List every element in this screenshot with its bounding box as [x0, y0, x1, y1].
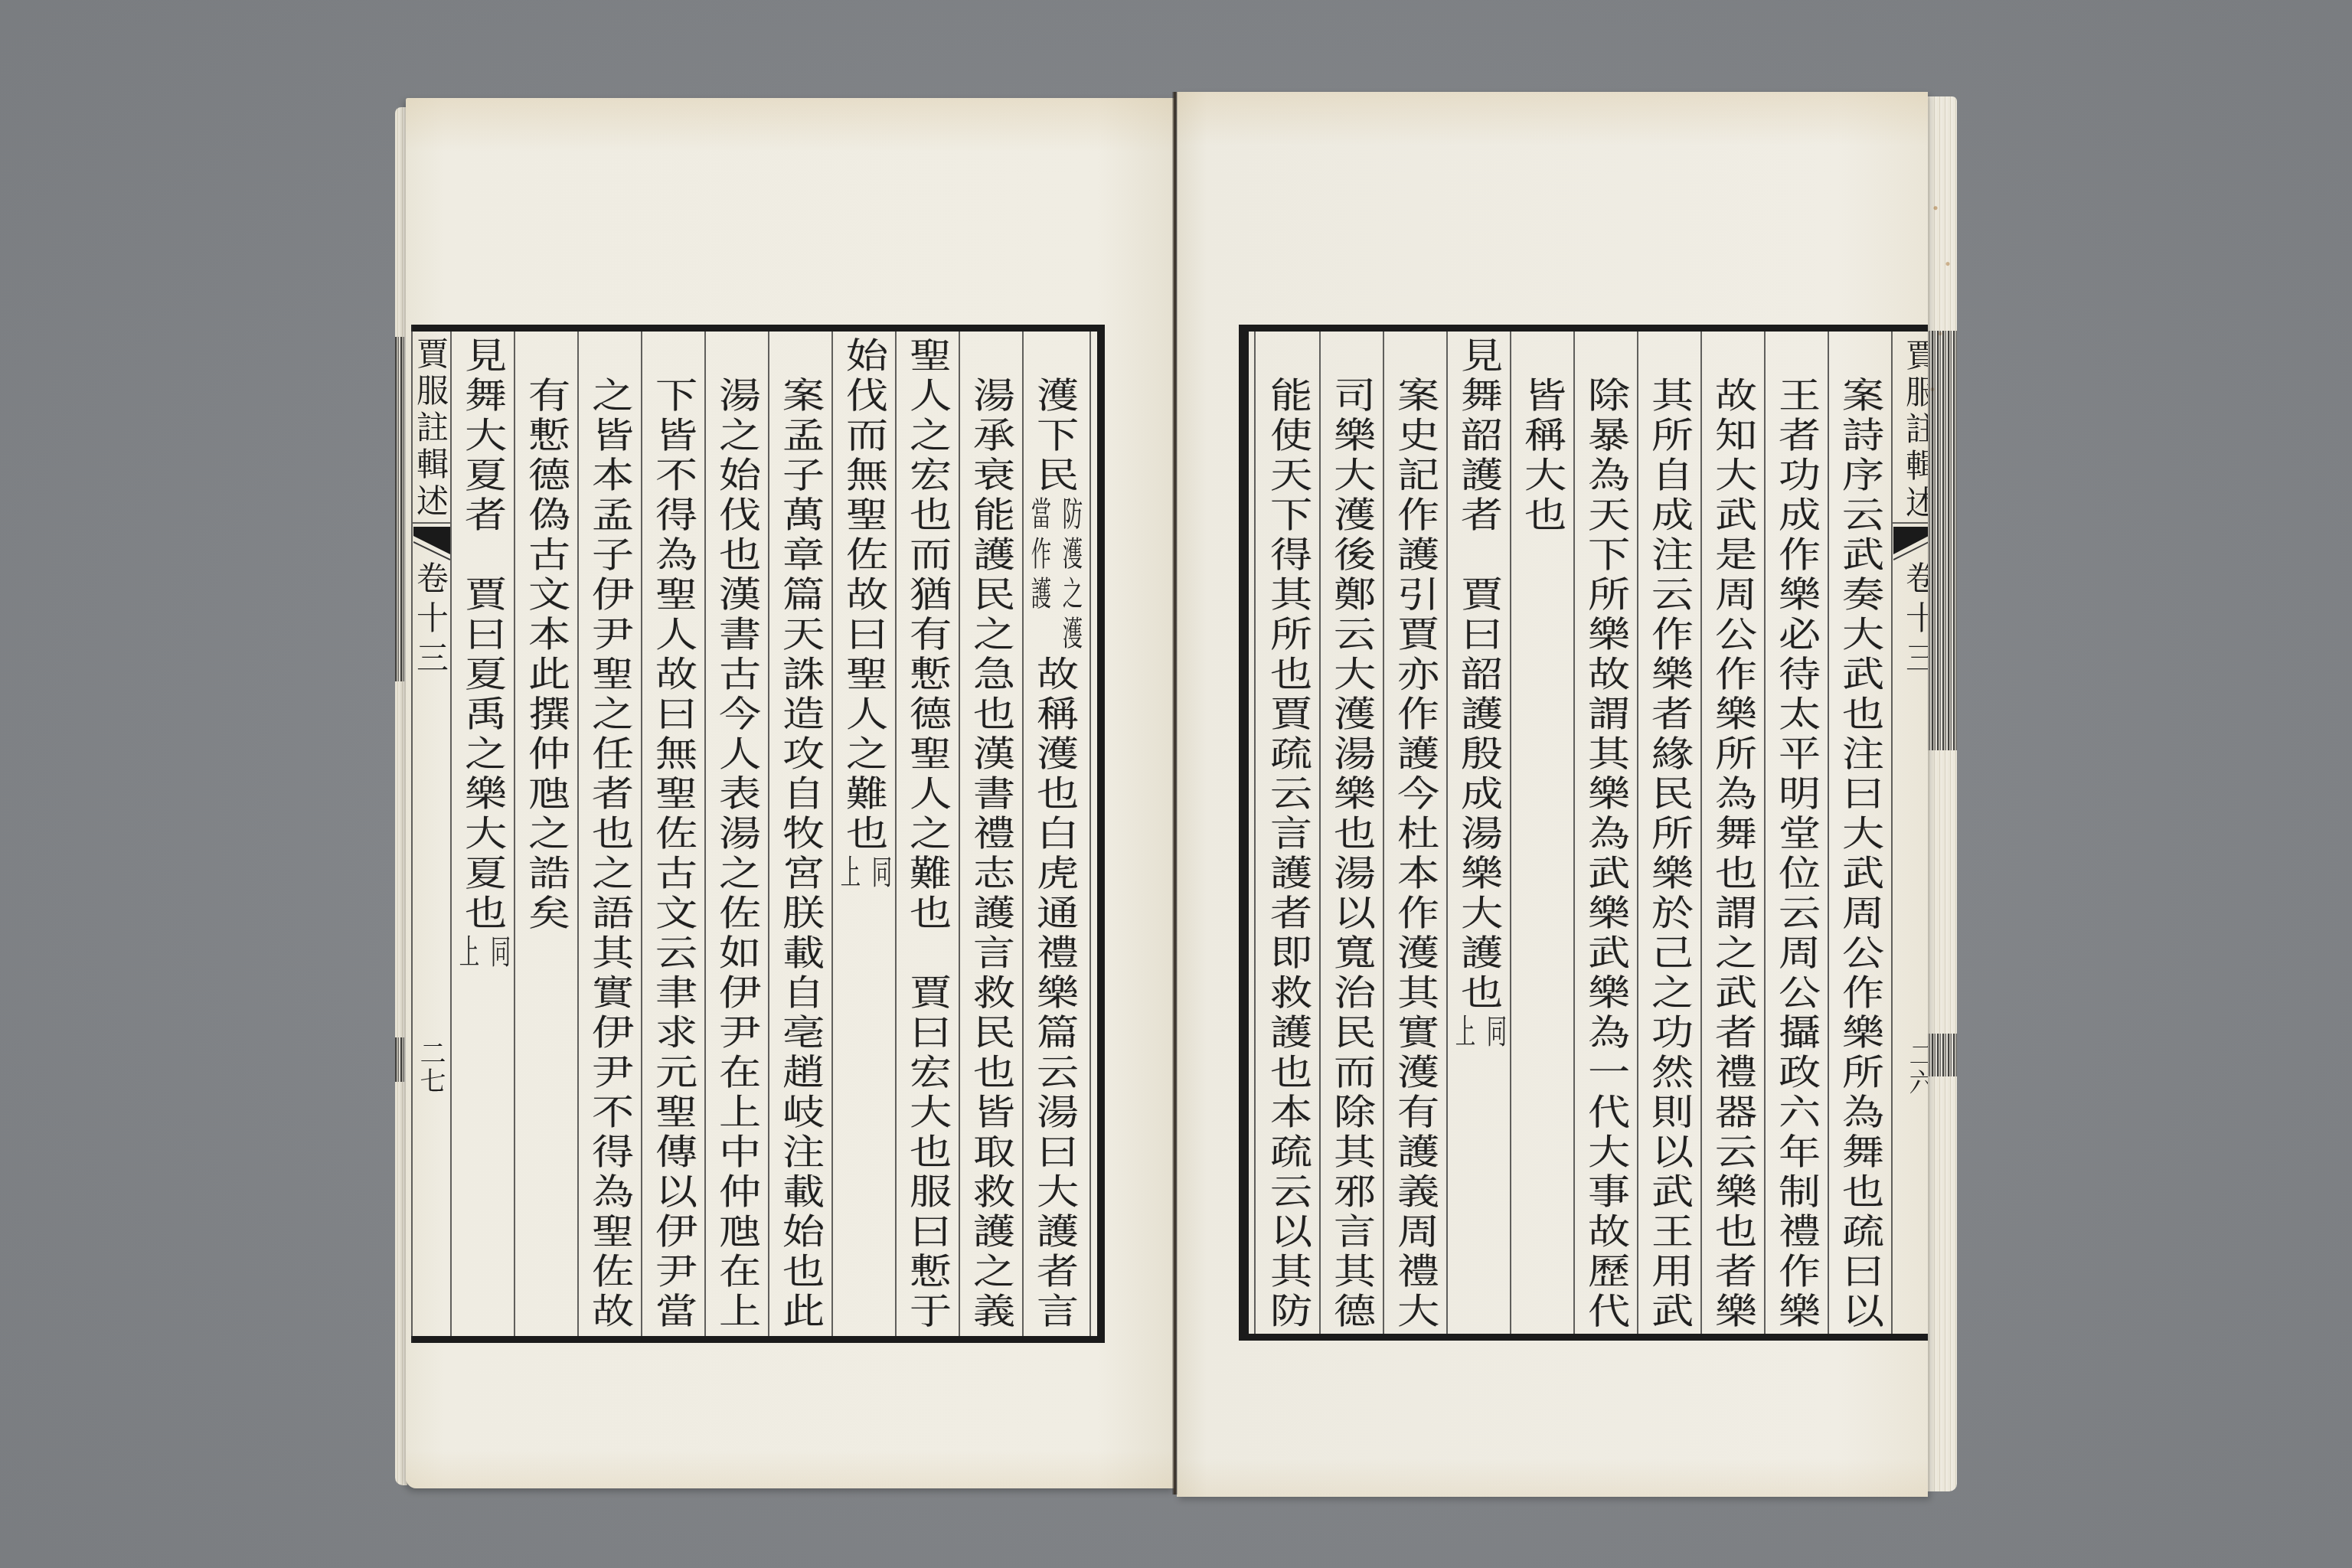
text-column: 其所自成注云作樂者緣民所樂於己之功然則以武王用武 — [1638, 337, 1701, 1340]
note-line: 上 — [839, 854, 857, 894]
note-line: 同 — [489, 934, 508, 974]
printed-banner-edge-marks — [1926, 331, 1957, 750]
text-column: 王者功成作樂必待太平明堂位云周公攝政六年制禮作樂 — [1765, 337, 1828, 1340]
text-column: 案詩序云武奏大武也注曰大武周公作樂所為舞也疏曰以 — [1828, 337, 1892, 1340]
text-column: 案史記作護引賈亦作護今杜本作濩其實濩有護義周禮大 — [1383, 337, 1447, 1340]
left-page: 賈服註輯述 卷十三 二七 濩下民 防濩之濩 當作護 故稱濩也白虎通禮樂篇云湯曰大… — [406, 98, 1174, 1488]
text-column: 見舞大夏者 賈曰夏禹之樂大夏也 同 上 — [451, 337, 514, 1340]
text-column: 皆稱大也 — [1511, 337, 1574, 1340]
text-column: 下皆不得為聖人故曰無聖佐古文云聿求元聖傳以伊尹當 — [642, 337, 705, 1340]
text-column: 有慙德偽古文本此撰仲虺之誥矣 — [514, 337, 578, 1340]
main-text: 能使天下得其所也賈疏云言護者即救護也本疏云以其防 — [1250, 377, 1327, 1332]
volume-label: 卷十三 — [1900, 561, 1928, 681]
frame-left-thick-border — [1239, 325, 1249, 1341]
paper-aging-tint — [1177, 92, 1928, 145]
printed-banner-edge-marks — [1926, 1034, 1957, 1076]
main-text: 賈曰宏大也服曰慙于 — [890, 974, 966, 1332]
paper-aging-tint — [406, 1450, 1174, 1488]
text-column: 見舞韶護者 賈曰韶護殷成湯樂大護也 同 上 — [1447, 337, 1511, 1340]
frame-right-thick-border — [1097, 325, 1105, 1343]
text-column: 案孟子萬章篇天誅造攻自牧宮朕載自亳趙岐注載始也此 — [769, 337, 832, 1340]
interlinear-note: 同 上 — [1447, 1014, 1511, 1053]
text-column: 除暴為天下所樂故謂其樂為武樂武樂為一代大事故歷代 — [1574, 337, 1638, 1340]
text-column: 聖人之宏也而猶有慙德聖人之難也 賈曰宏大也服曰慙于 — [896, 337, 959, 1340]
text-column: 故知大武是周公作樂所為舞也謂之武者禮器云樂也者樂 — [1701, 337, 1765, 1340]
text-column: 湯之始伐也漢書古今人表湯之佐如伊尹在上中仲虺在上 — [705, 337, 769, 1340]
interlinear-note: 同 上 — [832, 854, 896, 894]
text-column: 司樂大濩後鄭云大濩湯樂也湯以寬治民而除其邪言其德 — [1320, 337, 1383, 1340]
right-page: 賈服註輯述 卷十三 二六 案詩序云武奏大武也注曰大武周公作樂所為舞也疏曰以 王者… — [1177, 92, 1928, 1497]
note-line: 同 — [1485, 1014, 1504, 1053]
frame-top-border — [411, 325, 1105, 332]
paper-aging-tint — [1177, 1459, 1928, 1497]
note-line: 同 — [871, 854, 889, 894]
fishtail-mark-icon — [1893, 527, 1928, 560]
interlinear-note: 防濩之濩 當作護 — [1023, 496, 1086, 655]
note-line: 當作護 — [1030, 496, 1048, 616]
text-column: 之皆本孟子伊尹聖之任者也之語其實伊尹不得為聖佐故 — [578, 337, 642, 1340]
page-number: 二六 — [1900, 1041, 1928, 1096]
text-column: 能使天下得其所也賈疏云言護者即救護也本疏云以其防 — [1256, 337, 1320, 1340]
text-column: 濩下民 防濩之濩 當作護 故稱濩也白虎通禮樂篇云湯曰大護者言 — [1023, 337, 1086, 1340]
note-line: 上 — [1454, 1014, 1472, 1053]
right-page-edge-stack — [1926, 96, 1957, 1491]
page-number: 二七 — [410, 1040, 450, 1095]
banner-title: 賈服註輯述 — [1900, 338, 1928, 522]
heading-text: 見舞大夏者 — [445, 337, 521, 536]
text-column: 湯承衰能護民之急也漢書禮志護言救民也皆取救護之義 — [959, 337, 1023, 1340]
interlinear-note: 同 上 — [451, 934, 514, 974]
book-spine-gutter — [1172, 92, 1178, 1494]
paper-aging-tint — [406, 98, 1174, 152]
main-text: 賈曰夏禹之樂大夏也 — [445, 576, 521, 934]
note-line: 防濩之濩 — [1061, 496, 1080, 655]
note-line: 上 — [458, 934, 476, 974]
frame-top-border — [1239, 325, 1928, 332]
text-column: 始伐而無聖佐故曰聖人之難也 同 上 — [832, 337, 896, 1340]
